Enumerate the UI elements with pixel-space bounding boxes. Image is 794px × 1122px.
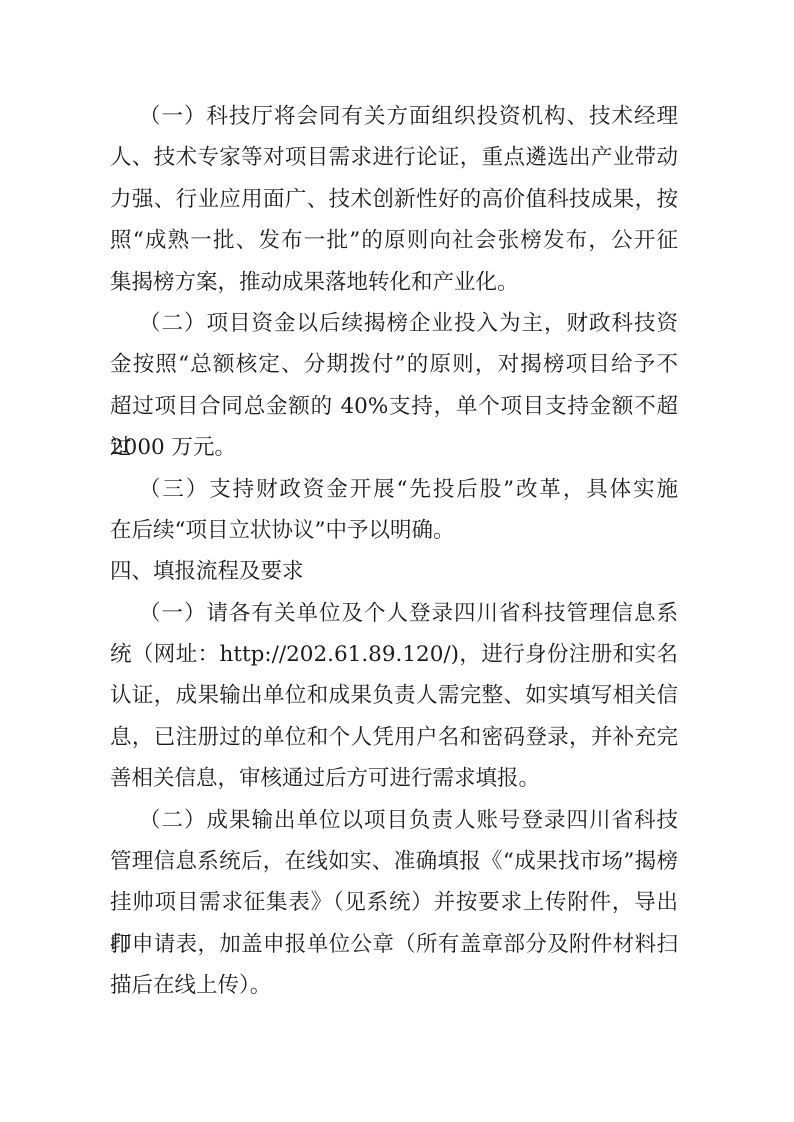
text-line: 挂帅项目需求征集表》（见系统）并按要求上传附件，导出打 [110,882,678,923]
text-line: 认证，成果输出单位和成果负责人需完整、如实填写相关信 [110,675,678,716]
text-line: （二）成果输出单位以项目负责人账号登录四川省科技 [110,800,678,841]
document-page: （一）科技厅将会同有关方面组织投资机构、技术经理 人、技术专家等对项目需求进行论… [0,0,794,1122]
text-line: 息，已注册过的单位和个人凭用户名和密码登录，并补充完 [110,717,678,758]
text-line: 在后续“项目立状协议”中予以明确。 [110,510,678,551]
text-line: （一）请各有关单位及个人登录四川省科技管理信息系 [110,593,678,634]
text-line: 描后在线上传）。 [110,965,678,1006]
text-line: （一）科技厅将会同有关方面组织投资机构、技术经理 [110,96,678,137]
text-line: 善相关信息，审核通过后方可进行需求填报。 [110,758,678,799]
text-line: 2000 万元。 [110,427,678,468]
section-heading: 四、填报流程及要求 [110,551,678,592]
text-line: 人、技术专家等对项目需求进行论证，重点遴选出产业带动 [110,137,678,178]
text-line: 集揭榜方案，推动成果落地转化和产业化。 [110,262,678,303]
text-line: 管理信息系统后，在线如实、准确填报《“成果找市场”揭榜 [110,841,678,882]
document-body: （一）科技厅将会同有关方面组织投资机构、技术经理 人、技术专家等对项目需求进行论… [110,96,678,1007]
text-line: 印申请表，加盖申报单位公章（所有盖章部分及附件材料扫 [110,924,678,965]
text-line: 照“成熟一批、发布一批”的原则向社会张榜发布，公开征 [110,220,678,261]
text-line: （三）支持财政资金开展“先投后股”改革，具体实施 [110,469,678,510]
text-line: （二）项目资金以后续揭榜企业投入为主，财政科技资 [110,303,678,344]
text-line-with-url: 统（网址：http://202.61.89.120/)，进行身份注册和实名 [110,634,678,675]
text-line: 力强、行业应用面广、技术创新性好的高价值科技成果，按 [110,179,678,220]
text-line: 超过项目合同总金额的 40%支持，单个项目支持金额不超过 [110,386,678,427]
text-line: 金按照“总额核定、分期拨付”的原则，对揭榜项目给予不 [110,344,678,385]
